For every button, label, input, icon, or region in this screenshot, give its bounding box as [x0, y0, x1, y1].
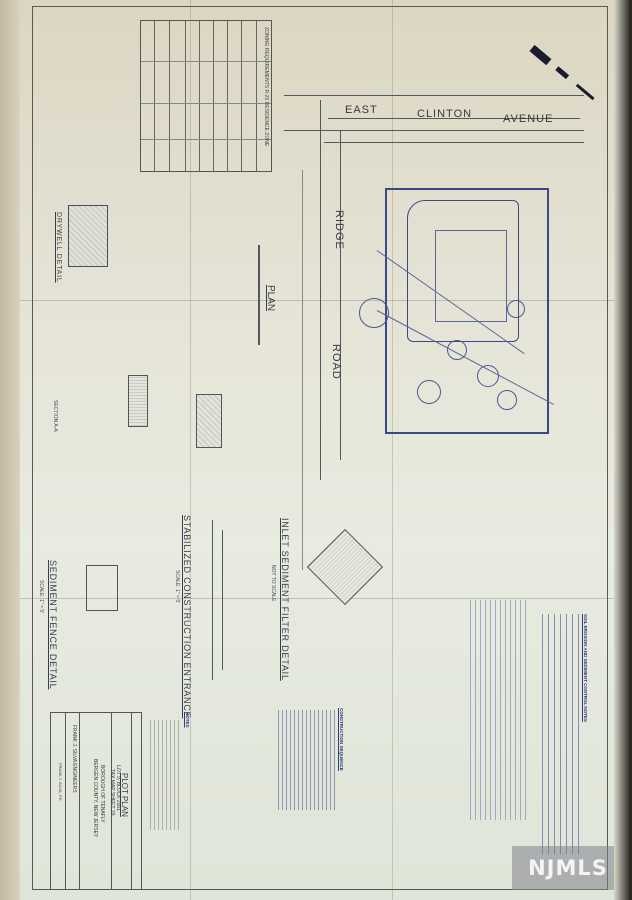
street-label-clinton: CLINTON: [417, 108, 472, 120]
plan-label: PLAN: [265, 285, 276, 311]
inlet-grate-drawing: [128, 375, 148, 427]
notes-text-block: [150, 720, 182, 830]
tree-symbol: [497, 390, 517, 410]
njmls-watermark: NJMLS: [512, 846, 624, 890]
zoning-table: ZONING REQUIREMENTS R-20 RESIDENCE ZONE: [140, 20, 272, 172]
county-state: BERGEN COUNTY, NEW JERSEY: [92, 759, 98, 837]
section-label: SECTION A-A: [52, 400, 58, 432]
sediment-fence-title: SEDIMENT FENCE DETAIL: [48, 560, 58, 689]
street-line: [284, 130, 584, 131]
street-line: [284, 95, 584, 96]
drywell-detail-drawing: [68, 205, 108, 267]
street-line: [302, 170, 303, 570]
street-line: [324, 142, 584, 143]
street-line: [320, 100, 321, 480]
entrance-section-line: [222, 530, 223, 670]
zoning-table-title: ZONING REQUIREMENTS R-20 RESIDENCE ZONE: [263, 27, 269, 146]
inlet-sediment-scale: NOT TO SCALE: [270, 565, 276, 601]
scale-bar: [258, 245, 260, 345]
notes-text-block: [278, 710, 336, 810]
lot-boundary: [385, 188, 549, 434]
tree-symbol: [417, 380, 441, 404]
construction-sequence-title: CONSTRUCTION SEQUENCE: [338, 708, 344, 868]
drawing-title: PLOT PLAN: [120, 773, 129, 817]
sediment-fence-drawing: [86, 565, 118, 611]
soil-erosion-notes: SOIL EROSION AND SEDIMENT CONTROL NOTES: [539, 614, 588, 854]
entrance-section-line: [212, 520, 213, 680]
sediment-fence-scale: SCALE: 1" = 5': [38, 580, 44, 613]
construction-sequence: CONSTRUCTION SEQUENCE: [338, 708, 344, 868]
tax-map-sheet: TAX MAP SHEET 29: [109, 769, 115, 815]
municipality: BOROUGH OF TENAFLY: [99, 765, 105, 823]
section-drawing: [196, 394, 222, 448]
house-footprint: [435, 230, 507, 322]
soil-erosion-notes-title: SOIL EROSION AND SEDIMENT CONTROL NOTES: [582, 614, 588, 854]
street-line: [340, 130, 341, 460]
fold-line: [392, 0, 393, 900]
stabilized-entrance-scale: SCALE: 1" = 5': [174, 570, 180, 603]
street-label-road: ROAD: [330, 344, 342, 380]
street-label-avenue: AVENUE: [503, 113, 553, 125]
drywell-detail-title: DRYWELL DETAIL: [55, 212, 62, 283]
general-notes: NOTES: [184, 712, 190, 812]
plan-sheet: EAST CLINTON AVENUE RIDGE ROAD PLAN ZONI…: [0, 0, 632, 900]
engineer-signature: FRANK J. SILVA, P.E.: [58, 763, 63, 802]
stabilized-entrance-title: STABILIZED CONSTRUCTION ENTRANCE: [182, 515, 192, 718]
inlet-sediment-title: INLET SEDIMENT FILTER DETAIL: [280, 518, 290, 681]
notes-text-block: [470, 600, 530, 820]
engineer-name: FRANK J. SILVA ENGINEERS: [71, 725, 77, 793]
tree-symbol: [507, 300, 525, 318]
lot-block: LOT 9, BLOCK 2901: [115, 765, 121, 811]
street-label-east: EAST: [345, 104, 378, 116]
notes-text-block: [539, 614, 579, 854]
street-label-ridge: RIDGE: [333, 210, 345, 250]
title-block: PLOT PLAN LOT 9, BLOCK 2901 TAX MAP SHEE…: [50, 712, 142, 890]
general-notes-title: NOTES: [184, 712, 190, 812]
